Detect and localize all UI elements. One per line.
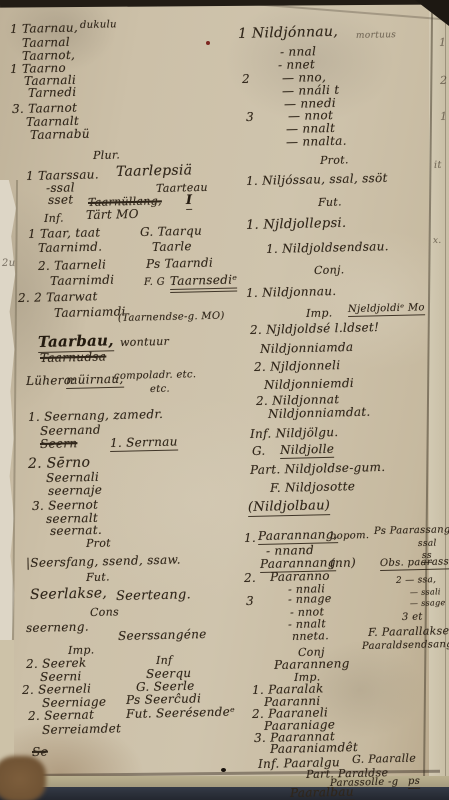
manuscript-line: 2. Njldjonneli: [254, 358, 341, 374]
manuscript-line: compoladr. etc.: [114, 369, 197, 382]
manuscript-line: Taarniamdi: [54, 304, 126, 320]
manuscript-line: Taarnimdi: [50, 273, 115, 288]
manuscript-line: Ps Taarndi: [146, 255, 213, 271]
manuscript-line: 1 Taarnau,: [10, 20, 78, 36]
manuscript-line: 2. Seernat: [28, 708, 94, 723]
manuscript-line: 1 Nildjónnau,: [238, 24, 338, 42]
manuscript-line: Seerssangéne: [118, 627, 207, 643]
manuscript-line: F. Nildjosotte: [270, 479, 356, 495]
manuscript-line: (nn): [330, 555, 356, 570]
manuscript-line: 2. 2 Taarwat: [18, 289, 98, 305]
manuscript-line: 1 Taar, taat: [28, 225, 101, 241]
manuscript-line: seernaje: [48, 483, 103, 498]
manuscript-line: Prot.: [320, 153, 349, 167]
manuscript-line: mortuus: [356, 30, 396, 41]
manuscript-line: Taarlepsiä: [116, 162, 193, 180]
manuscript-line: sset: [48, 192, 74, 207]
manuscript-line: - nnage: [288, 592, 332, 606]
manuscript-line: 2: [440, 74, 448, 87]
manuscript-line: etc.: [150, 384, 170, 395]
manuscript-line: Taarnabü: [30, 127, 90, 142]
manuscript-line: 2.: [244, 571, 256, 585]
manuscript-line: 3 et: [402, 612, 423, 623]
manuscript-line: F. G: [144, 277, 165, 288]
torn-edge-shadow: [12, 180, 18, 648]
manuscript-line: 1. Serrnau: [110, 434, 178, 452]
photo-top-edge: [0, 0, 449, 8]
manuscript-line: it: [434, 160, 442, 171]
manuscript-line: Fut.: [318, 195, 342, 209]
ink-blot: [221, 768, 226, 772]
manuscript-line: 3: [246, 594, 254, 608]
manuscript-line: |Seersfang, ssend, ssaw.: [26, 552, 181, 570]
manuscript-line: Nildjonniemdi: [264, 376, 354, 392]
manuscript-line: Nildjolle: [280, 442, 335, 459]
manuscript-line: Inf. Nildjölgu.: [250, 425, 339, 441]
manuscript-line: (Nildjolbau): [248, 498, 331, 517]
manuscript-line: Seerlakse,: [30, 585, 107, 603]
manuscript-line: Taarnsediᵉ: [170, 272, 238, 293]
manuscript-line: Tärt MO: [86, 207, 139, 222]
photo-bottom-edge: [0, 787, 449, 800]
manuscript-line: Cons: [90, 605, 119, 619]
manuscript-line: G. Taarqu: [140, 224, 202, 239]
manuscript-line: Taarle: [152, 239, 192, 254]
manuscript-line: 2 — ssa,: [396, 575, 437, 586]
manuscript-line: — ssage: [410, 598, 446, 608]
manuscript-line: bopom.: [330, 530, 370, 542]
manuscript-line: Part. Nildjoldse-gum.: [250, 460, 386, 477]
manuscript-line: (Taarnendse-g. MO): [118, 311, 225, 324]
manuscript-photo: 1 Taarnau,dukuluTaarnalTaarnot,1 TaarnoT…: [0, 0, 449, 800]
manuscript-line: 2. Njldjoldsé l.ldset!: [250, 320, 380, 337]
manuscript-line: 2: [242, 72, 250, 86]
manuscript-line: Taarnimd.: [38, 240, 103, 255]
manuscript-line: Inf.: [44, 212, 64, 225]
red-ink-speck: [206, 41, 210, 45]
manuscript-line: Nildjonniamdat.: [268, 405, 371, 421]
manuscript-line: Serreiamdet: [42, 721, 121, 737]
manuscript-line: dukulu: [80, 19, 117, 31]
manuscript-line: Conj.: [314, 263, 345, 277]
binding-corner: [0, 756, 46, 800]
manuscript-line: Paaraniamdêt: [270, 740, 358, 756]
manuscript-line: Prot: [86, 536, 111, 550]
manuscript-line: G. Paaralle: [352, 752, 416, 766]
manuscript-line: 1: [439, 36, 447, 49]
manuscript-line: Se: [32, 745, 48, 759]
manuscript-line: F. Paarallakse: [368, 624, 449, 639]
manuscript-line: Tarnedi: [28, 85, 77, 100]
manuscript-line: ssal: [418, 539, 437, 549]
manuscript-line: 2u: [2, 258, 16, 269]
manuscript-line: — ssali: [410, 587, 441, 597]
manuscript-line: Obs. paarass: [380, 556, 449, 571]
manuscript-line: Imp.: [306, 306, 333, 320]
manuscript-line: 1. Njldjollepsi.: [246, 216, 347, 233]
manuscript-line: Taarteau: [156, 181, 208, 195]
manuscript-line: 1. Nildjonnau.: [246, 284, 337, 300]
manuscript-line: Inf: [156, 654, 173, 667]
manuscript-line: Fut. Seerésendeᵉ: [126, 705, 235, 721]
manuscript-line: I: [186, 193, 193, 210]
manuscript-line: Ps Paarassang: [374, 524, 449, 537]
manuscript-line: — nnalta.: [286, 134, 347, 149]
manuscript-line: wontuur: [120, 335, 169, 349]
manuscript-line: 3: [246, 110, 254, 124]
manuscript-line: ps: [408, 776, 420, 789]
manuscript-line: Seerteang.: [116, 587, 191, 604]
manuscript-line: 1. Niljóssau, ssal, ssöt: [246, 171, 388, 188]
manuscript-line: 1.: [244, 531, 256, 545]
manuscript-line: 1. Nildjoldsendsau.: [266, 239, 389, 256]
manuscript-line: Njeldjoldiᵉ Mo: [348, 302, 425, 317]
manuscript-line: Nildjonniamda: [260, 340, 354, 356]
manuscript-line: 1: [440, 110, 448, 123]
manuscript-line: seernat.: [50, 523, 102, 538]
manuscript-line: seerneng.: [26, 620, 89, 635]
manuscript-line: Taarnudsa: [40, 349, 107, 365]
manuscript-line: 2. Taarneli: [38, 257, 106, 273]
manuscript-line: Paaraldsendsang.: [362, 639, 449, 652]
manuscript-line: x.: [433, 236, 442, 246]
manuscript-line: 1. Seernang, zamedr.: [28, 407, 164, 424]
manuscript-line: Paaralbau: [290, 785, 354, 800]
manuscript-line: G.: [252, 444, 266, 458]
manuscript-line: Fut.: [86, 570, 110, 584]
manuscript-line: Plur.: [93, 148, 120, 162]
manuscript-line: nneta.: [292, 629, 329, 643]
manuscript-line: Seern: [40, 436, 78, 451]
